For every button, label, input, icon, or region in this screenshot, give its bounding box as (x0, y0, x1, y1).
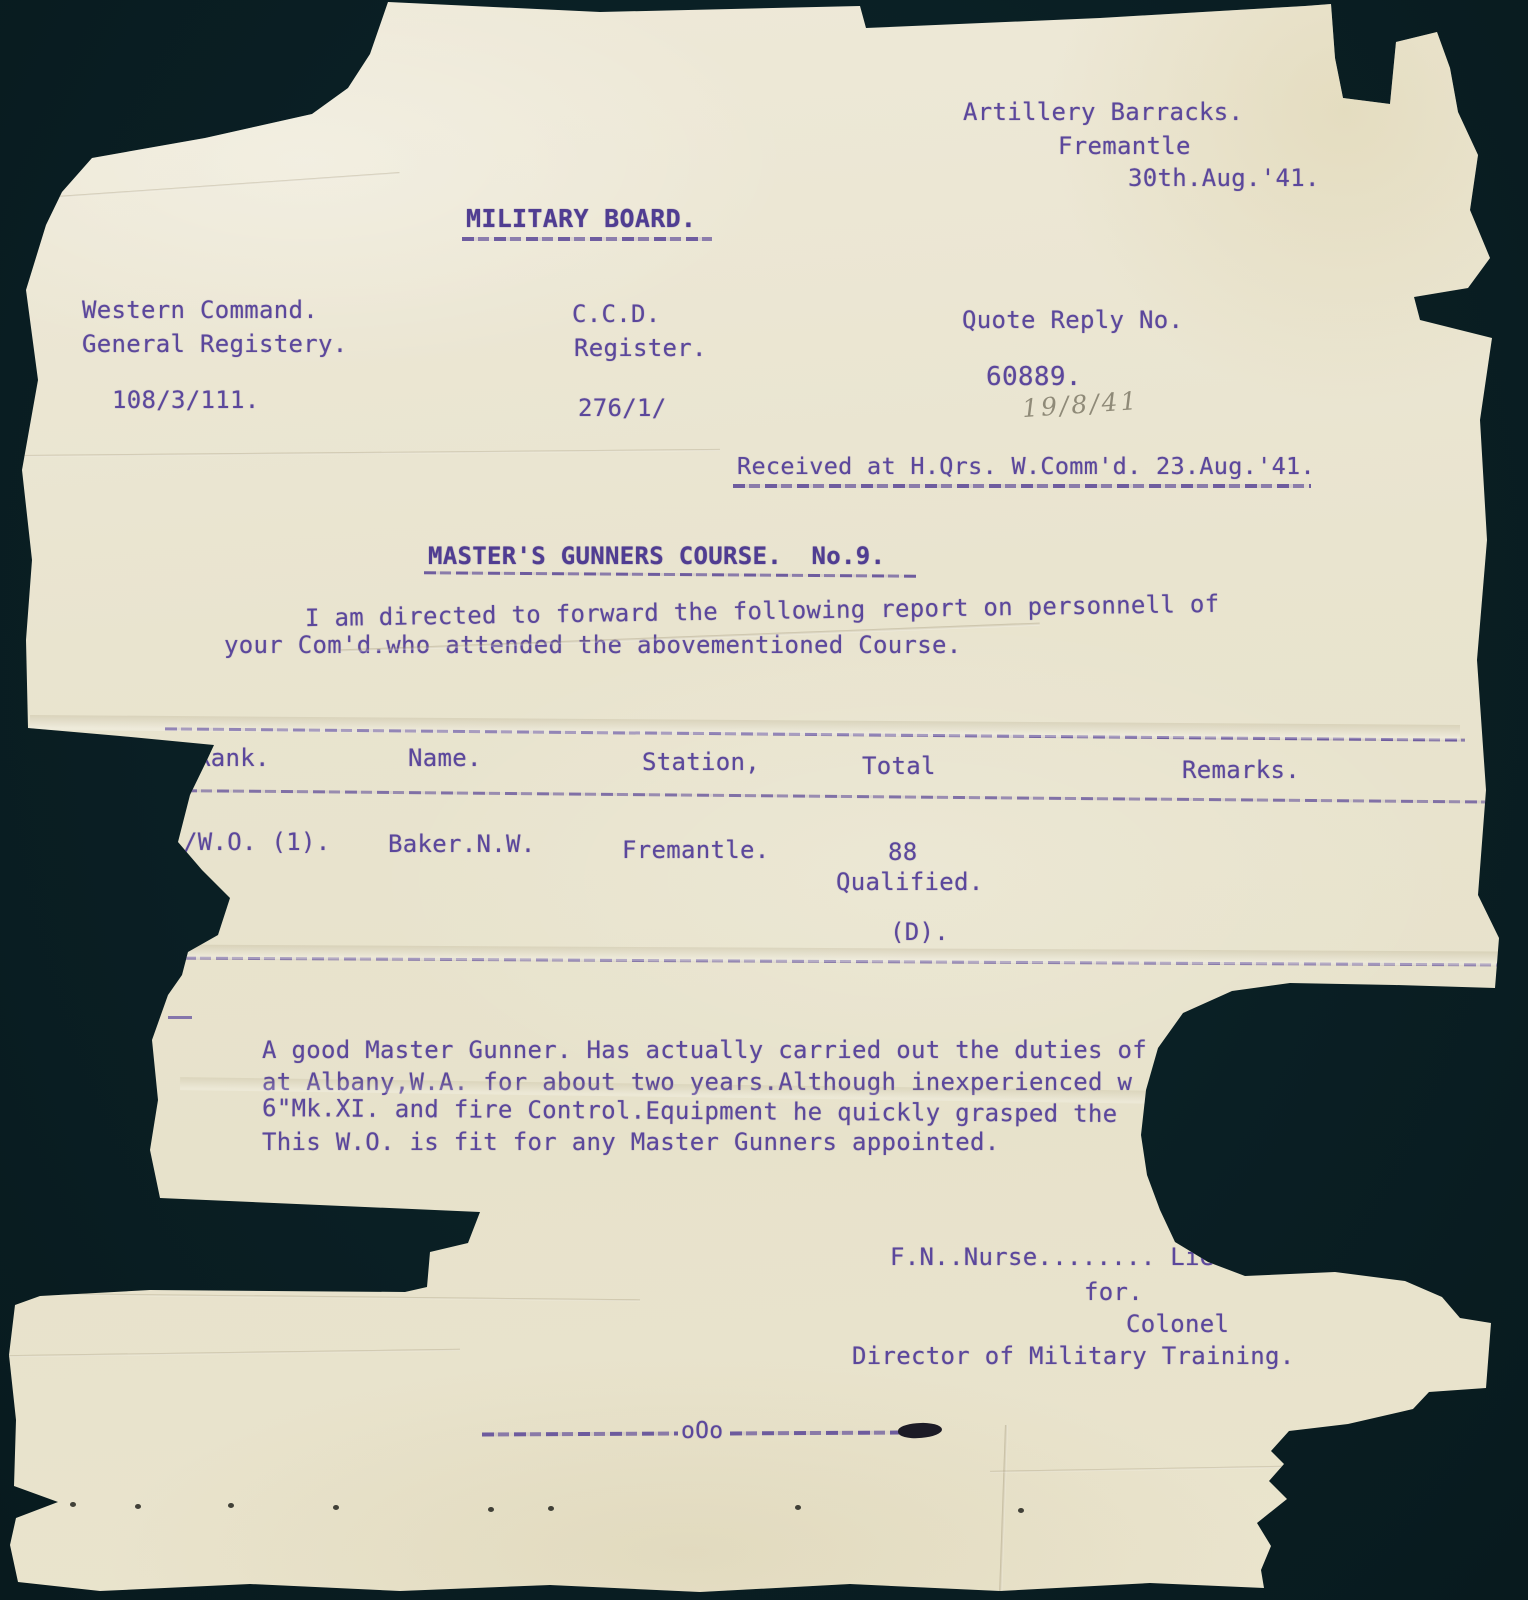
ink-dot (135, 1504, 141, 1509)
letterhead-line2: Fremantle (1058, 132, 1191, 160)
scan-background: Artillery Barracks. Fremantle 30th.Aug.'… (0, 0, 1528, 1600)
signature-line1: F.N..Nurse........ Lieut-Col (890, 1243, 1303, 1271)
divider-dashes-right (730, 1431, 900, 1436)
ref-center-line1: C.C.D. (572, 300, 661, 328)
body-line1: I am directed to forward the following r… (305, 590, 1220, 632)
ink-blot (898, 1421, 943, 1439)
ref-right-number: 60889. (986, 362, 1082, 392)
ref-left-line2: General Registery. (82, 330, 348, 358)
ink-dot (333, 1505, 339, 1510)
signature-line3: Colonel (1126, 1310, 1229, 1338)
ink-dot (795, 1505, 801, 1510)
subject-line: MASTER'S GUNNERS COURSE. No.9. (428, 542, 885, 570)
ink-dot (488, 1507, 494, 1512)
remarks-line2: at Albany,W.A. for about two years.Altho… (262, 1068, 1132, 1096)
subject-underline (424, 571, 916, 577)
margin-dash (168, 1016, 192, 1019)
ref-left-line1: Western Command. (82, 296, 318, 324)
ink-dot (70, 1502, 76, 1507)
table-rule-top (165, 727, 1465, 741)
table-header-name: Name. (408, 744, 482, 772)
remarks-line4: This W.O. is fit for any Master Gunners … (262, 1128, 999, 1156)
letterhead-line3: 30th.Aug.'41. (1128, 164, 1320, 192)
remarks-line1: A good Master Gunner. Has actually carri… (262, 1036, 1147, 1064)
table-row-station: Fremantle. (622, 836, 770, 864)
table-row-result: Qualified. (836, 868, 984, 896)
received-underline (733, 484, 1311, 488)
table-header-total: Total (862, 752, 936, 780)
paper-crease (999, 1425, 1008, 1595)
table-header-rank: Rank. (196, 744, 270, 772)
table-row-total: 88 (888, 838, 918, 866)
ink-dot (1420, 1505, 1426, 1510)
signature-line2: for. (1084, 1278, 1143, 1306)
ref-center-line2: Register. (574, 334, 707, 362)
ref-left-number: 108/3/111. (112, 386, 260, 414)
ink-dot (1018, 1508, 1024, 1513)
ref-center-number: 276/1/ (578, 394, 667, 422)
divider-ooo: oOo (681, 1418, 723, 1444)
table-row-name: Baker.N.W. (388, 830, 536, 858)
paper-crease (990, 1465, 1320, 1473)
table-row-rank: /W.O. (1). (183, 828, 331, 856)
table-rule-mid (185, 789, 1515, 804)
letterhead-line1: Artillery Barracks. (963, 98, 1243, 126)
paper-crease (0, 449, 720, 457)
received-line: Received at H.Qrs. W.Comm'd. 23.Aug.'41. (737, 452, 1315, 480)
paper-crease (0, 172, 399, 202)
table-header-station: Station, (642, 748, 760, 776)
ink-dot (228, 1503, 234, 1508)
table-header-remarks: Remarks. (1182, 756, 1300, 784)
document-paper: Artillery Barracks. Fremantle 30th.Aug.'… (0, 0, 1528, 1600)
signature-line4: Director of Military Training. (852, 1342, 1294, 1370)
body-line2: your Com'd.who attended the abovemention… (224, 631, 961, 659)
ref-right-label: Quote Reply No. (962, 306, 1183, 334)
table-rule-bottom (152, 956, 1522, 966)
title-underline (462, 237, 712, 241)
table-row-grade: (D). (890, 918, 949, 946)
document-title: MILITARY BOARD. (466, 204, 696, 233)
paper-crease (0, 1293, 640, 1302)
remarks-line3: 6"Mk.XI. and fire Control.Equipment he q… (262, 1094, 1118, 1128)
divider-dashes-left (482, 1431, 678, 1436)
paper-crease (0, 1349, 460, 1357)
ink-dot (548, 1506, 554, 1511)
